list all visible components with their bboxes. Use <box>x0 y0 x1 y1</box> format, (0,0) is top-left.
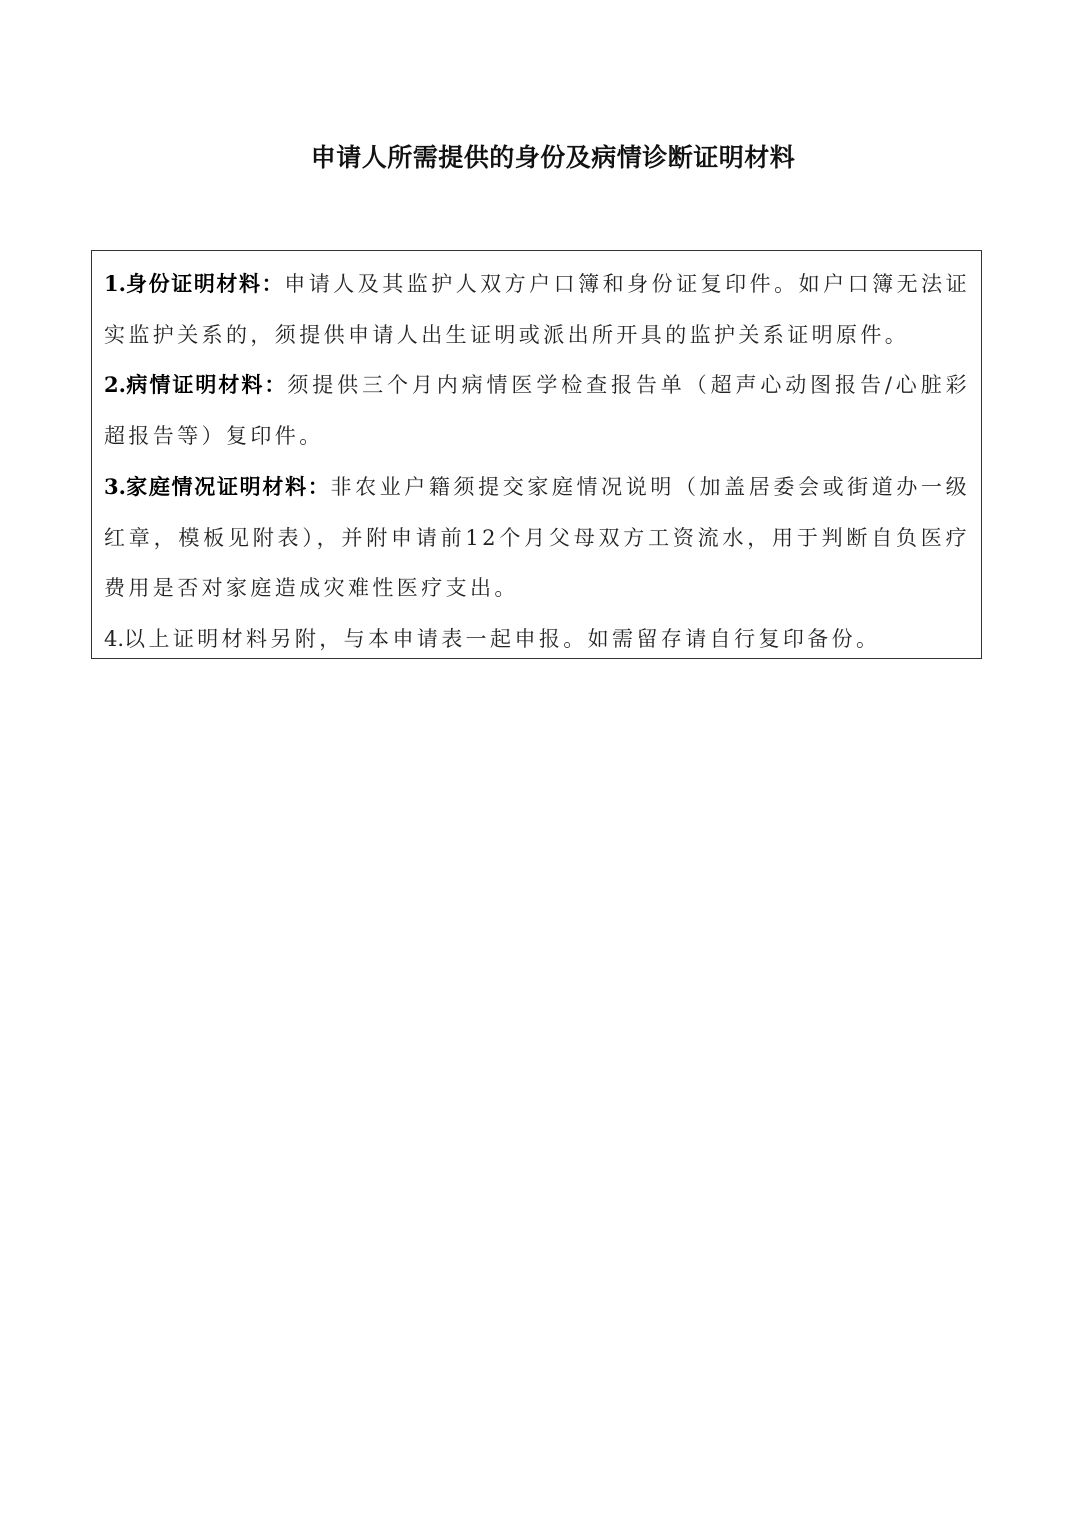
item-number: 2. <box>104 372 126 397</box>
requirement-item-medical: 2.病情证明材料：须提供三个月内病情医学检查报告单（超声心动图报告/心脏彩超报告… <box>104 360 970 461</box>
item-heading: 1.身份证明材料： <box>104 272 284 296</box>
item-body: 以上证明材料另附，与本申请表一起申报。如需留存请自行复印备份。 <box>124 627 880 651</box>
item-number: 1. <box>104 271 126 296</box>
item-heading: 3.家庭情况证明材料： <box>104 475 330 499</box>
requirements-list: 1.身份证明材料：申请人及其监护人双方户口簿和身份证复印件。如户口簿无法证实监护… <box>104 259 970 665</box>
requirement-item-identity: 1.身份证明材料：申请人及其监护人双方户口簿和身份证复印件。如户口簿无法证实监护… <box>104 259 970 360</box>
page-title: 申请人所需提供的身份及病情诊断证明材料 <box>0 138 1074 178</box>
requirement-item-family: 3.家庭情况证明材料：非农业户籍须提交家庭情况说明（加盖居委会或街道办一级红章，… <box>104 462 970 614</box>
item-heading-text: 身份证明材料： <box>126 272 284 296</box>
item-heading-text: 家庭情况证明材料： <box>126 475 331 499</box>
item-number: 4. <box>104 627 124 651</box>
item-heading-text: 病情证明材料： <box>126 373 287 397</box>
item-heading: 2.病情证明材料： <box>104 373 287 397</box>
requirement-item-note: 4.以上证明材料另附，与本申请表一起申报。如需留存请自行复印备份。 <box>104 614 970 665</box>
requirements-box: 1.身份证明材料：申请人及其监护人双方户口簿和身份证复印件。如户口簿无法证实监护… <box>91 250 982 659</box>
item-number: 3. <box>104 474 126 499</box>
